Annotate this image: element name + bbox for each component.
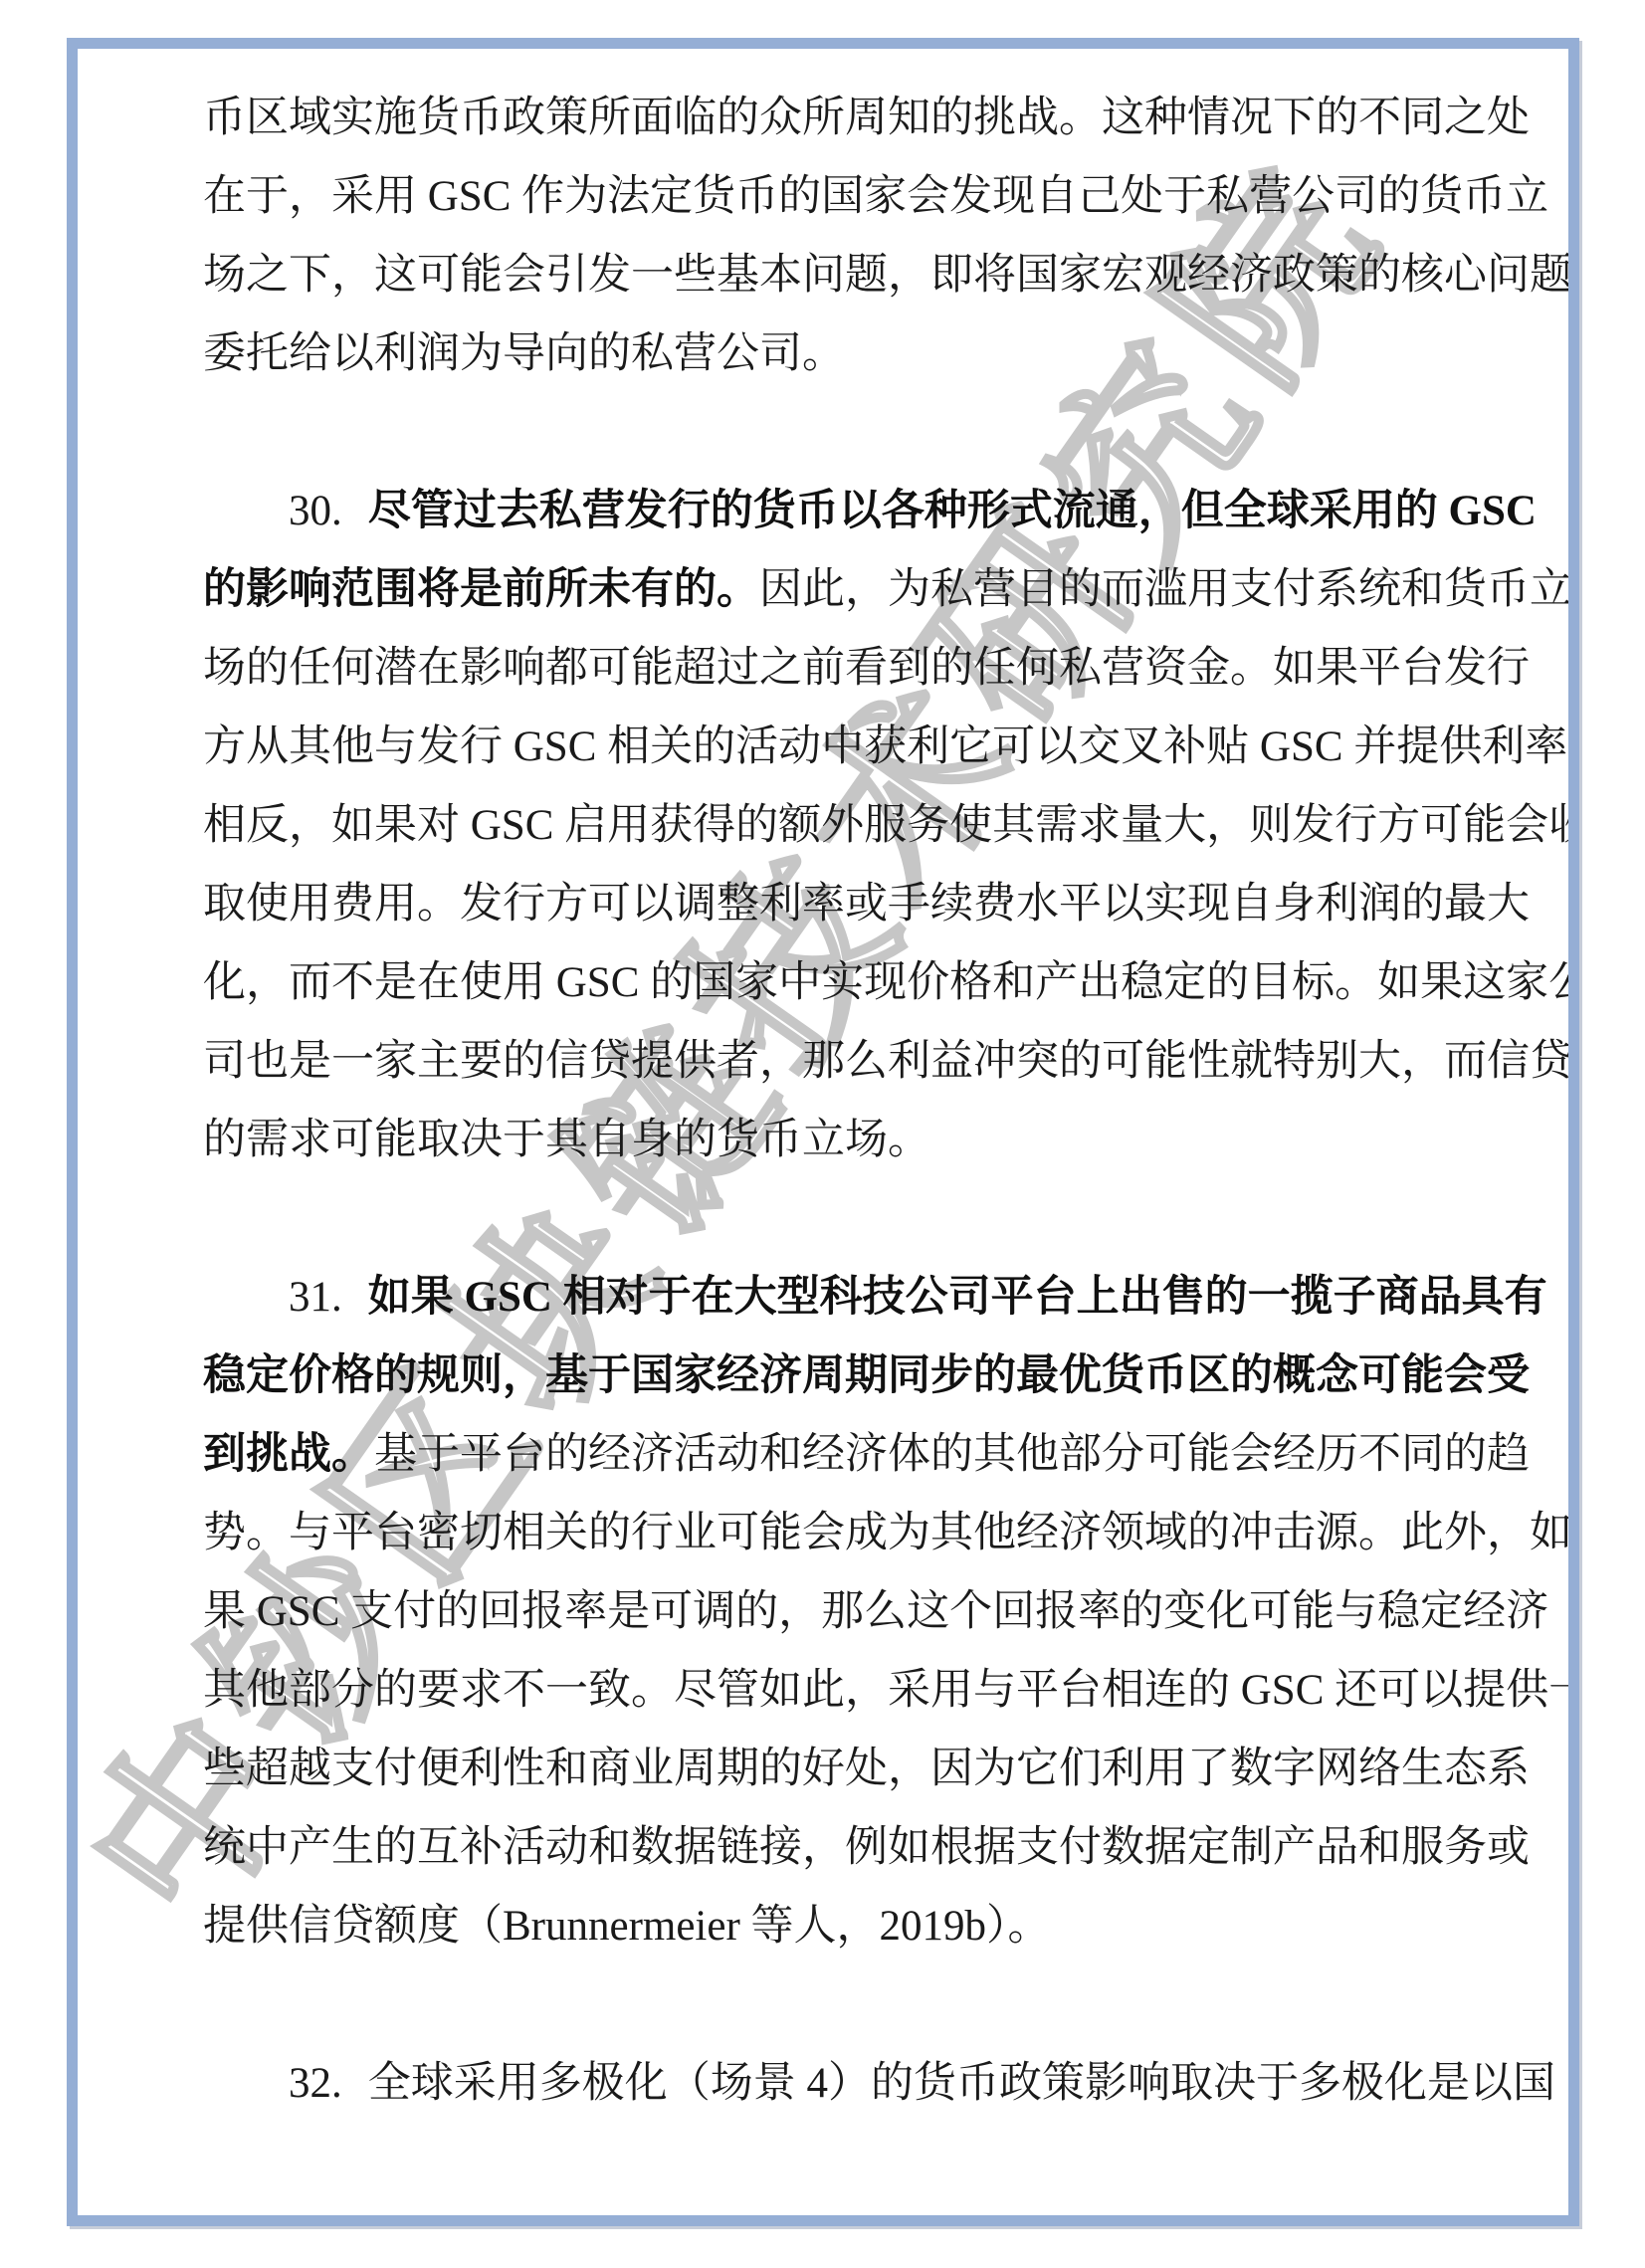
- paragraph-number: 31.: [289, 1274, 342, 1321]
- text-segment: 相反，如果对 GSC 启用获得的额外服务使其需求量大，则发行方可能会收: [203, 802, 1579, 849]
- text-segment: 委托给以利润为导向的私营公司。: [203, 330, 845, 377]
- text-line: 相反，如果对 GSC 启用获得的额外服务使其需求量大，则发行方可能会收: [203, 786, 1504, 865]
- paragraph: 31.如果 GSC 相对于在大型科技公司平台上出售的一揽子商品具有稳定价格的规则…: [203, 1258, 1504, 1965]
- text-line: 方从其他与发行 GSC 相关的活动中获利它可以交叉补贴 GSC 并提供利率。: [203, 708, 1504, 786]
- paragraph: 币区域实施货币政策所面临的众所周知的挑战。这种情况下的不同之处在于，采用 GSC…: [203, 79, 1504, 393]
- text-segment: 币区域实施货币政策所面临的众所周知的挑战。这种情况下的不同之处: [203, 95, 1530, 141]
- text-segment: 其他部分的要求不一致。尽管如此，采用与平台相连的 GSC 还可以提供一: [203, 1667, 1579, 1714]
- paragraph: 30.尽管过去私营发行的货币以各种形式流通，但全球采用的 GSC的影响范围将是前…: [203, 472, 1504, 1179]
- text-segment: 统中产生的互补活动和数据链接，例如根据支付数据定制产品和服务或: [203, 1824, 1530, 1871]
- text-line: 势。与平台密切相关的行业可能会成为其他经济领域的冲击源。此外，如: [203, 1494, 1504, 1572]
- text-line: 统中产生的互补活动和数据链接，例如根据支付数据定制产品和服务或: [203, 1808, 1504, 1887]
- text-segment: 基于平台的经济活动和经济体的其他部分可能会经历不同的趋: [374, 1431, 1530, 1478]
- text-line: 31.如果 GSC 相对于在大型科技公司平台上出售的一揽子商品具有: [203, 1258, 1504, 1337]
- text-line: 提供信贷额度（Brunnermeier 等人，2019b）。: [203, 1887, 1504, 1965]
- text-segment: 全球采用多极化（场景 4）的货币政策影响取决于多极化是以国: [368, 2060, 1555, 2107]
- text-segment: 尽管过去私营发行的货币以各种形式流通，但全球采用的 GSC: [368, 488, 1537, 534]
- text-segment: 方从其他与发行 GSC 相关的活动中获利它可以交叉补贴 GSC 并提供利率。: [203, 723, 1579, 770]
- text-line: 委托给以利润为导向的私营公司。: [203, 314, 1504, 393]
- text-line: 30.尽管过去私营发行的货币以各种形式流通，但全球采用的 GSC: [203, 472, 1504, 550]
- text-line: 稳定价格的规则，基于国家经济周期同步的最优货币区的概念可能会受: [203, 1337, 1504, 1415]
- text-line: 32.全球采用多极化（场景 4）的货币政策影响取决于多极化是以国: [203, 2044, 1504, 2123]
- text-segment: 的需求可能取决于其自身的货币立场。: [203, 1117, 930, 1163]
- paragraph: 32.全球采用多极化（场景 4）的货币政策影响取决于多极化是以国: [203, 2044, 1504, 2123]
- text-segment: 如果 GSC 相对于在大型科技公司平台上出售的一揽子商品具有: [368, 1274, 1547, 1321]
- text-line: 的需求可能取决于其自身的货币立场。: [203, 1101, 1504, 1179]
- text-segment: 场之下，这可能会引发一些基本问题，即将国家宏观经济政策的核心问题: [203, 252, 1572, 299]
- text-line: 取使用费用。发行方可以调整利率或手续费水平以实现自身利润的最大: [203, 865, 1504, 943]
- text-segment: 因此，为私营目的而滥用支付系统和货币立: [759, 566, 1572, 613]
- document-text-block: 币区域实施货币政策所面临的众所周知的挑战。这种情况下的不同之处在于，采用 GSC…: [203, 79, 1504, 2123]
- text-line: 在于，采用 GSC 作为法定货币的国家会发现自己处于私营公司的货币立: [203, 157, 1504, 236]
- text-segment: 势。与平台密切相关的行业可能会成为其他经济领域的冲击源。此外，如: [203, 1510, 1572, 1556]
- text-line: 场之下，这可能会引发一些基本问题，即将国家宏观经济政策的核心问题: [203, 236, 1504, 314]
- text-segment: 些超越支付便利性和商业周期的好处，因为它们利用了数字网络生态系: [203, 1746, 1530, 1792]
- text-segment: 果 GSC 支付的回报率是可调的，那么这个回报率的变化可能与稳定经济: [203, 1588, 1548, 1635]
- text-segment: 稳定价格的规则，基于国家经济周期同步的最优货币区的概念可能会受: [203, 1352, 1530, 1399]
- paragraph-number: 30.: [289, 488, 342, 534]
- text-line: 些超越支付便利性和商业周期的好处，因为它们利用了数字网络生态系: [203, 1730, 1504, 1808]
- text-line: 币区域实施货币政策所面临的众所周知的挑战。这种情况下的不同之处: [203, 79, 1504, 157]
- text-segment: 司也是一家主要的信贷提供者，那么利益冲突的可能性就特别大，而信贷: [203, 1038, 1572, 1085]
- text-segment: 取使用费用。发行方可以调整利率或手续费水平以实现自身利润的最大: [203, 881, 1530, 928]
- text-line: 场的任何潜在影响都可能超过之前看到的任何私营资金。如果平台发行: [203, 629, 1504, 708]
- document-page: 中钞区块链技术研究院 币区域实施货币政策所面临的众所周知的挑战。这种情况下的不同…: [67, 38, 1579, 2226]
- text-segment: 的影响范围将是前所未有的。: [203, 566, 759, 613]
- text-line: 到挑战。基于平台的经济活动和经济体的其他部分可能会经历不同的趋: [203, 1415, 1504, 1494]
- text-line: 的影响范围将是前所未有的。因此，为私营目的而滥用支付系统和货币立: [203, 550, 1504, 629]
- paragraph-number: 32.: [289, 2060, 342, 2107]
- text-line: 司也是一家主要的信贷提供者，那么利益冲突的可能性就特别大，而信贷: [203, 1022, 1504, 1101]
- text-line: 果 GSC 支付的回报率是可调的，那么这个回报率的变化可能与稳定经济: [203, 1572, 1504, 1651]
- text-line: 其他部分的要求不一致。尽管如此，采用与平台相连的 GSC 还可以提供一: [203, 1651, 1504, 1730]
- text-segment: 化，而不是在使用 GSC 的国家中实现价格和产出稳定的目标。如果这家公: [203, 959, 1579, 1006]
- text-line: 化，而不是在使用 GSC 的国家中实现价格和产出稳定的目标。如果这家公: [203, 943, 1504, 1022]
- text-segment: 在于，采用 GSC 作为法定货币的国家会发现自己处于私营公司的货币立: [203, 173, 1548, 220]
- text-segment: 到挑战。: [203, 1431, 374, 1478]
- text-segment: 提供信贷额度（Brunnermeier 等人，2019b）。: [203, 1903, 1051, 1950]
- text-segment: 场的任何潜在影响都可能超过之前看到的任何私营资金。如果平台发行: [203, 645, 1530, 692]
